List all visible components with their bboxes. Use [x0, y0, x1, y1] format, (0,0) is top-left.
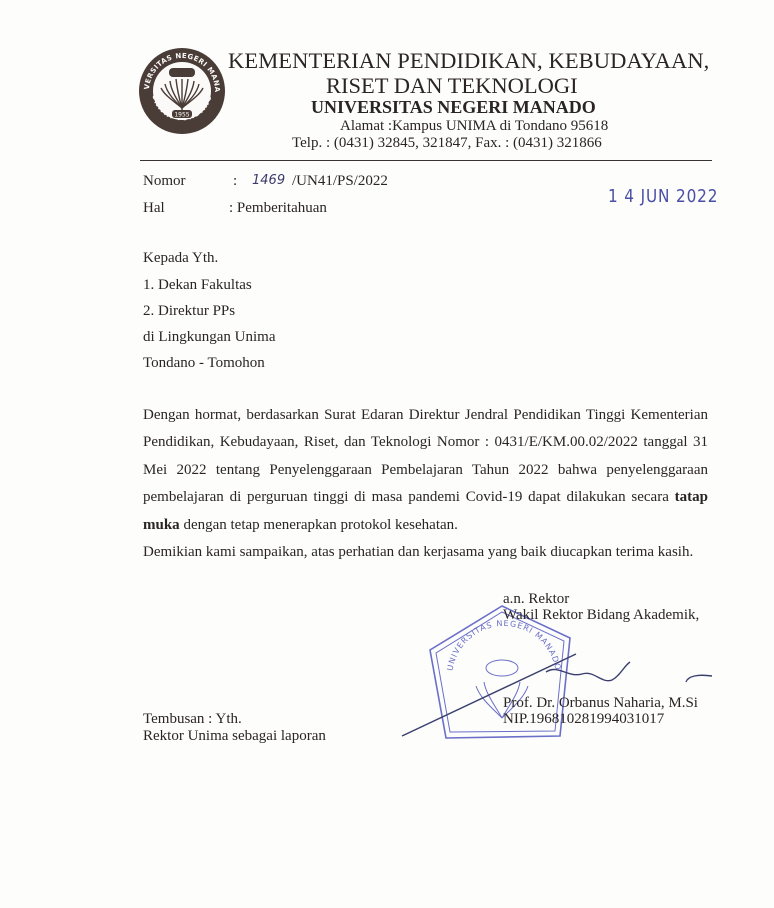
body-paragraph: Dengan hormat, berdasarkan Surat Edaran …	[143, 402, 708, 539]
ministry-name-line1: KEMENTERIAN PENDIDIKAN, KEBUDAYAAN,	[228, 48, 709, 74]
signature-position: Wakil Rektor Bidang Akademik,	[503, 607, 699, 624]
signature-on-behalf: a.n. Rektor	[503, 591, 569, 608]
body-text: Dengan hormat, berdasarkan Surat Edaran …	[143, 407, 708, 505]
nomor-handwritten: 1469	[252, 173, 285, 188]
university-address: Alamat :Kampus UNIMA di Tondano 95618	[340, 118, 608, 135]
recipient-line: di Lingkungan Unima	[143, 329, 275, 346]
svg-text:1955: 1955	[174, 112, 189, 119]
nomor-value: /UN41/PS/2022	[292, 173, 388, 190]
body-text-end: dengan tetap menerapkan protokol kesehat…	[180, 517, 458, 533]
signatory-name: Prof. Dr. Orbanus Naharia, M.Si	[503, 695, 698, 712]
ministry-name-line2: RISET DAN TEKNOLOGI	[326, 73, 578, 99]
recipient-line: 2. Direktur PPs	[143, 303, 235, 320]
hal-label: Hal	[143, 200, 165, 217]
cc-line: Rektor Unima sebagai laporan	[143, 728, 326, 745]
nomor-separator: :	[233, 173, 237, 190]
university-logo: UNIVERSITAS NEGERI MANADO UNIMA TONDANO …	[137, 46, 227, 136]
hal-value: : Pemberitahuan	[229, 200, 327, 217]
closing-sentence: Demikian kami sampaikan, atas perhatian …	[143, 544, 693, 561]
cc-label: Tembusan : Yth.	[143, 711, 242, 728]
recipient-line: 1. Dekan Fakultas	[143, 277, 252, 294]
university-seal-icon: UNIVERSITAS NEGERI MANADO UNIMA TONDANO …	[137, 46, 227, 136]
recipient-line: Kepada Yth.	[143, 250, 218, 267]
university-phone: Telp. : (0431) 32845, 321847, Fax. : (04…	[292, 135, 602, 152]
letterhead-divider	[140, 160, 712, 161]
signatory-nip: NIP.196810281994031017	[503, 711, 664, 728]
university-name: UNIVERSITAS NEGERI MANADO	[311, 97, 596, 118]
nomor-label: Nomor	[143, 173, 186, 190]
recipient-line: Tondano - Tomohon	[143, 355, 265, 372]
date-stamp: 1 4 JUN 2022	[608, 186, 718, 207]
